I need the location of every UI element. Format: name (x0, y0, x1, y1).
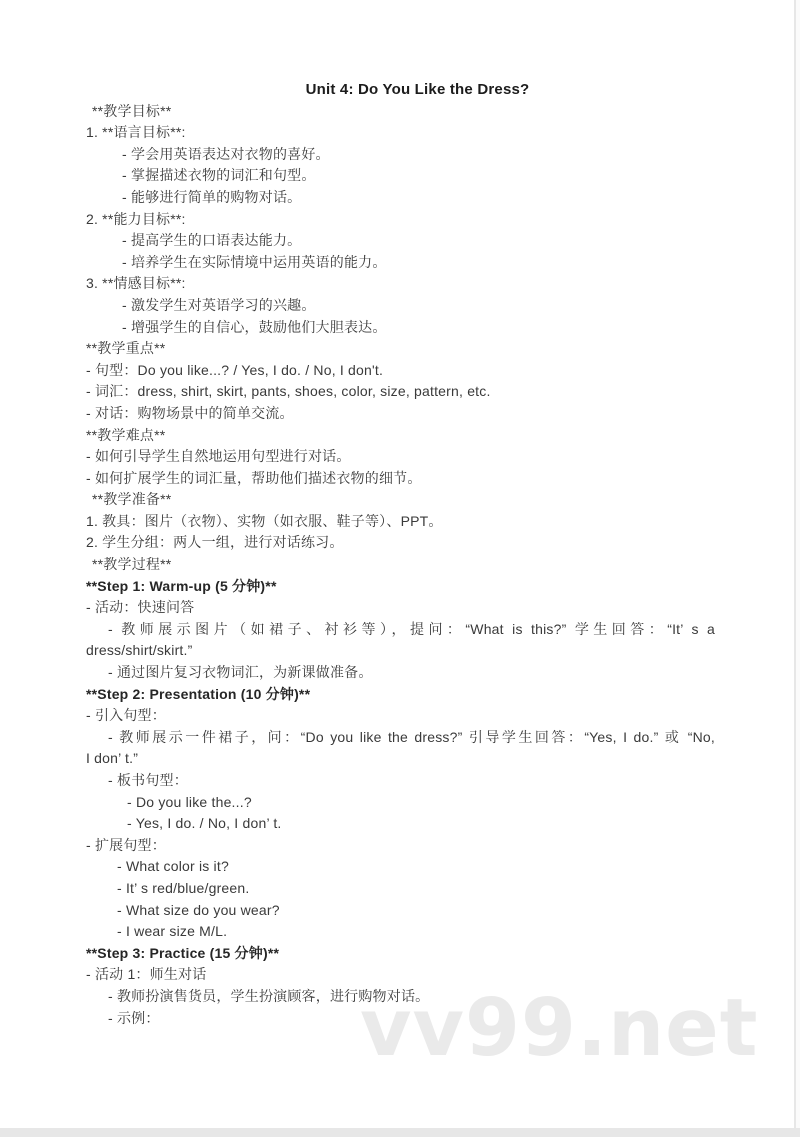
text-line: - 激发学生对英语学习的兴趣。 (86, 295, 715, 317)
document-page: vv99.net Unit 4: Do You Like the Dress? … (0, 0, 794, 1128)
text-line: 1. **语言目标**: (86, 122, 715, 144)
text-line: - 能够进行简单的购物对话。 (86, 187, 715, 209)
text-line: - 词汇：dress, shirt, skirt, pants, shoes, … (86, 381, 715, 403)
text-line: - 活动：快速问答 (86, 597, 715, 619)
text-line: **Step 3: Practice (15 分钟)** (86, 943, 715, 965)
text-line: - 板书句型： (86, 770, 715, 792)
text-line: 1. 教具：图片（衣物）、实物（如衣服、鞋子等）、PPT。 (86, 511, 715, 533)
text-line: **教学过程** (86, 554, 715, 576)
text-line: - What size do you wear? (86, 900, 715, 922)
text-line: 2. 学生分组：两人一组，进行对话练习。 (86, 532, 715, 554)
text-line: **教学重点** (86, 338, 715, 360)
text-line: 2. **能力目标**: (86, 209, 715, 231)
text-line: - 提高学生的口语表达能力。 (86, 230, 715, 252)
text-line: - 教师扮演售货员，学生扮演顾客，进行购物对话。 (86, 986, 715, 1008)
text-line: - 教师展示图片（如裙子、衬衫等），提问：“What is this?” 学生回… (86, 619, 715, 641)
text-line: - 增强学生的自信心，鼓励他们大胆表达。 (86, 317, 715, 339)
text-line: - Do you like the...? (86, 792, 715, 814)
text-line: - 培养学生在实际情境中运用英语的能力。 (86, 252, 715, 274)
text-line: - 活动 1：师生对话 (86, 964, 715, 986)
text-line: - 教师展示一件裙子，问：“Do you like the dress?” 引导… (86, 727, 715, 749)
document-title: Unit 4: Do You Like the Dress? (103, 79, 732, 101)
text-line: 3. **情感目标**: (86, 273, 715, 295)
text-line: I don’ t.” (86, 748, 715, 770)
text-line: - 学会用英语表达对衣物的喜好。 (86, 144, 715, 166)
document-content: Unit 4: Do You Like the Dress? **教学目标**1… (86, 79, 715, 1029)
document-viewer: vv99.net Unit 4: Do You Like the Dress? … (0, 0, 800, 1137)
text-line: - 引入句型： (86, 705, 715, 727)
text-line: - 如何引导学生自然地运用句型进行对话。 (86, 446, 715, 468)
text-line: **教学难点** (86, 425, 715, 447)
text-line: - 对话：购物场景中的简单交流。 (86, 403, 715, 425)
text-line: **Step 2: Presentation (10 分钟)** (86, 684, 715, 706)
text-line: - It’ s red/blue/green. (86, 878, 715, 900)
text-line: - I wear size M/L. (86, 921, 715, 943)
text-line: - 句型：Do you like...? / Yes, I do. / No, … (86, 360, 715, 382)
text-line: **Step 1: Warm-up (5 分钟)** (86, 576, 715, 598)
text-line: - 如何扩展学生的词汇量，帮助他们描述衣物的细节。 (86, 468, 715, 490)
viewer-bottom-margin (0, 1128, 800, 1137)
text-line: - 通过图片复习衣物词汇，为新课做准备。 (86, 662, 715, 684)
viewer-right-margin (796, 0, 800, 1128)
document-lines: **教学目标**1. **语言目标**:- 学会用英语表达对衣物的喜好。- 掌握… (86, 101, 715, 1030)
text-line: - 扩展句型： (86, 835, 715, 857)
text-line: - What color is it? (86, 856, 715, 878)
text-line: - 示例： (86, 1008, 715, 1030)
text-line: - Yes, I do. / No, I don’ t. (86, 813, 715, 835)
text-line: - 掌握描述衣物的词汇和句型。 (86, 165, 715, 187)
text-line: **教学目标** (86, 101, 715, 123)
text-line: dress/shirt/skirt.” (86, 640, 715, 662)
text-line: **教学准备** (86, 489, 715, 511)
